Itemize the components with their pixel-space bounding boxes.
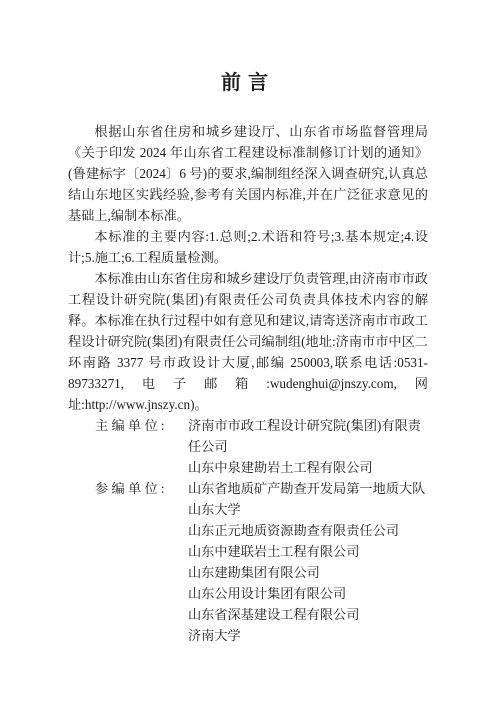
org-name: 山东中建联岩土工程有限公司 [188,541,428,562]
org-name: 济南大学 [188,625,428,646]
preface-paragraph-management: 本标准由山东省住房和城乡建设厅负责管理,由济南市市政工程设计研究院(集团)有限责… [68,268,428,415]
org-name: 山东中泉建勘岩土工程有限公司 [188,457,428,478]
chief-editor-orgs: 济南市市政工程设计研究院(集团)有限责任公司 山东中泉建勘岩土工程有限公司 [188,415,428,478]
document-body: 根据山东省住房和城乡建设厅、山东省市场监督管理局《关于印发 2024 年山东省工… [68,121,428,646]
document-page: 前 言 根据山东省住房和城乡建设厅、山东省市场监督管理局《关于印发 2024 年… [0,0,490,711]
org-name: 山东建勘集团有限公司 [188,562,428,583]
org-name: 山东公用设计集团有限公司 [188,583,428,604]
participant-editors-row: 参 编 单 位 : 山东省地质矿产勘查开发局第一地质大队 山东大学 山东正元地质… [68,478,428,646]
org-name: 山东省深基建设工程有限公司 [188,604,428,625]
org-name: 济南市市政工程设计研究院(集团)有限责任公司 [188,415,428,457]
participant-editor-orgs: 山东省地质矿产勘查开发局第一地质大队 山东大学 山东正元地质资源勘查有限责任公司… [188,478,428,646]
preface-paragraph-basis: 根据山东省住房和城乡建设厅、山东省市场监督管理局《关于印发 2024 年山东省工… [68,121,428,226]
chief-editor-row: 主 编 单 位 : 济南市市政工程设计研究院(集团)有限责任公司 山东中泉建勘岩… [68,415,428,478]
org-name: 山东正元地质资源勘查有限责任公司 [188,520,428,541]
preface-paragraph-contents: 本标准的主要内容:1.总则;2.术语和符号;3.基本规定;4.设计;5.施工;6… [68,226,428,268]
chief-editor-label: 主 编 单 位 : [68,415,188,436]
org-name: 山东省地质矿产勘查开发局第一地质大队 [188,478,428,499]
page-title: 前 言 [0,71,490,95]
org-name: 山东大学 [188,499,428,520]
participant-editors-label: 参 编 单 位 : [68,478,188,499]
